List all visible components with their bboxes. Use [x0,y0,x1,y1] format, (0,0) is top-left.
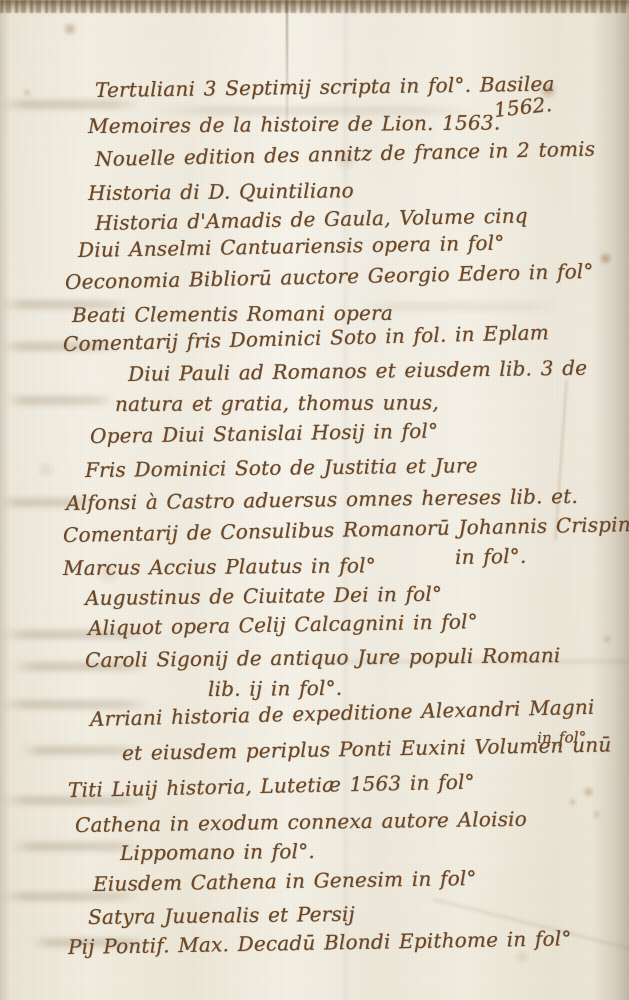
manuscript-line: Diui Anselmi Cantuariensis opera in fol° [78,231,505,262]
manuscript-line: natura et gratia, thomus unus, [115,390,439,416]
manuscript-line: Beati Clementis Romani opera [72,301,393,327]
manuscript-line: Memoires de la histoire de Lion. 1563. [88,110,501,138]
manuscript-line: Alfonsi à Castro aduersus omnes hereses … [66,484,578,515]
manuscript-line: Augustinus de Ciuitate Dei in fol° [85,582,442,610]
manuscript-page: Tertuliani 3 Septimij scripta in fol°. B… [0,0,629,1000]
manuscript-line: Aliquot opera Celij Calcagnini in fol° [88,609,478,640]
manuscript-line: Oeconomia Bibliorū auctore Georgio Edero… [65,259,594,294]
manuscript-line: Eiusdem Cathena in Genesim in fol° [93,866,477,896]
manuscript-line: Arriani historia de expeditione Alexandr… [90,695,595,731]
manuscript-line: Fris Dominici Soto de Justitia et Jure [85,453,478,482]
manuscript-line: Cathena in exodum connexa autore Aloisio [75,807,527,837]
manuscript-line: Historia di D. Quintiliano [88,178,354,205]
scan-background: Tertuliani 3 Septimij scripta in fol°. B… [0,0,629,1000]
manuscript-line: in fol° [537,728,587,747]
manuscript-line: Pij Pontif. Max. Decadū Blondi Epithome … [68,926,572,959]
manuscript-line: Marcus Accius Plautus in fol° [63,553,376,580]
manuscript-line: Opera Diui Stanislai Hosij in fol° [90,419,439,448]
manuscript-line: lib. ij in fol°. [208,676,343,701]
manuscript-line: Titi Liuij historia, Lutetiæ 1563 in fol… [68,769,475,802]
manuscript-line: Lippomano in fol°. [120,839,315,865]
manuscript-line: Diui Pauli ad Romanos et eiusdem lib. 3 … [128,356,587,386]
manuscript-line: Nouelle edition des annitz de france in … [95,137,596,171]
torn-top-edge [0,0,629,13]
manuscript-line: Caroli Sigonij de antiquo Jure populi Ro… [85,643,561,672]
manuscript-text: Tertuliani 3 Septimij scripta in fol°. B… [0,0,629,1000]
manuscript-line: 1562. [493,92,553,122]
manuscript-line: Comentarij de Consulibus Romanorū Johann… [63,511,629,547]
manuscript-line: Tertuliani 3 Septimij scripta in fol°. B… [95,72,555,102]
manuscript-line: Historia d'Amadis de Gaula, Volume cinq [95,203,528,235]
manuscript-line: Satyra Juuenalis et Persij [88,902,355,929]
manuscript-line: in fol°. [455,544,527,569]
